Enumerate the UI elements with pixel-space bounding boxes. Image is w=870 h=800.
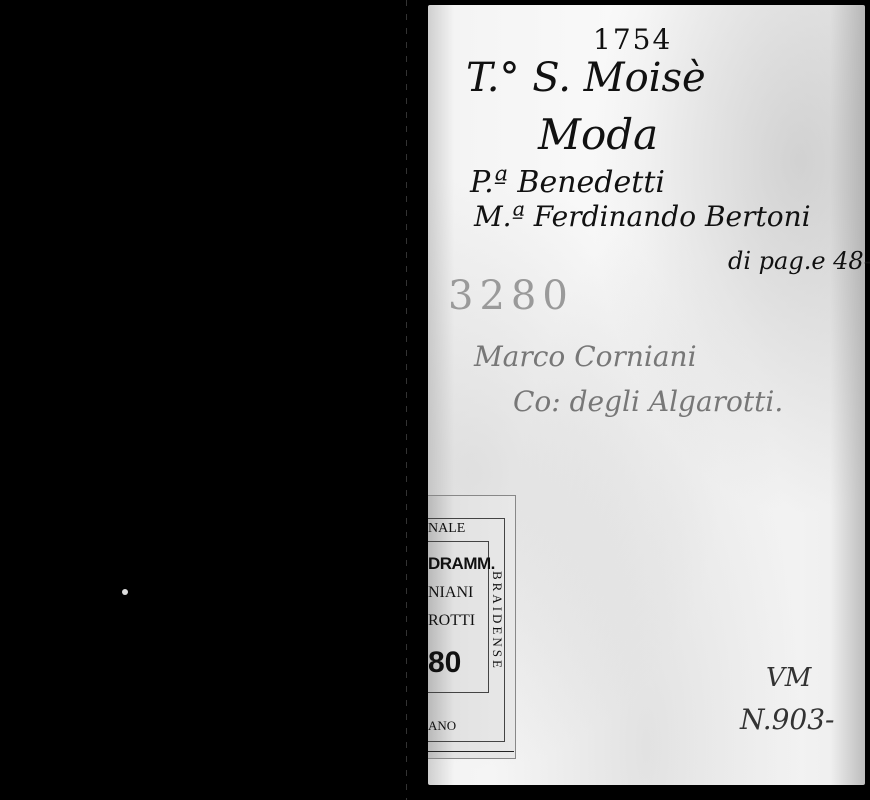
label-line-2: DRAMM. [428, 554, 495, 574]
owner-note-line1: Marco Corniani [474, 340, 697, 373]
faint-shelfmark: 3280 [448, 273, 574, 319]
spine-edge [406, 0, 407, 800]
library-label: NALE DRAMM. NIANI ROTTI 80 ANO BRAIDENSE [428, 495, 516, 759]
catalog-number-note: N.903- [740, 703, 835, 736]
theatre-note: T.° S. Moisè [466, 55, 706, 101]
poet-note: P.ª Benedetti [470, 165, 665, 200]
label-number: 80 [428, 646, 461, 680]
genre-note: Moda [538, 110, 658, 159]
composer-note: M.ª Ferdinando Bertoni [474, 200, 811, 233]
label-vertical-text: BRAIDENSE [491, 556, 505, 686]
label-line-6: ANO [428, 718, 456, 734]
document-page: 1754 T.° S. Moisè Moda P.ª Benedetti M.ª… [428, 5, 865, 785]
owner-note-line2: Co: degli Algarotti. [513, 385, 783, 418]
label-line-1: NALE [428, 521, 465, 537]
dust-speck [122, 589, 128, 595]
label-line-3: NIANI [428, 584, 473, 602]
page-count-note: di pag.e 48- [728, 247, 870, 275]
label-bottom-rule [428, 751, 514, 752]
vm-mark: VM [766, 663, 811, 693]
label-line-4: ROTTI [428, 612, 475, 630]
year-note: 1754 [593, 23, 672, 56]
